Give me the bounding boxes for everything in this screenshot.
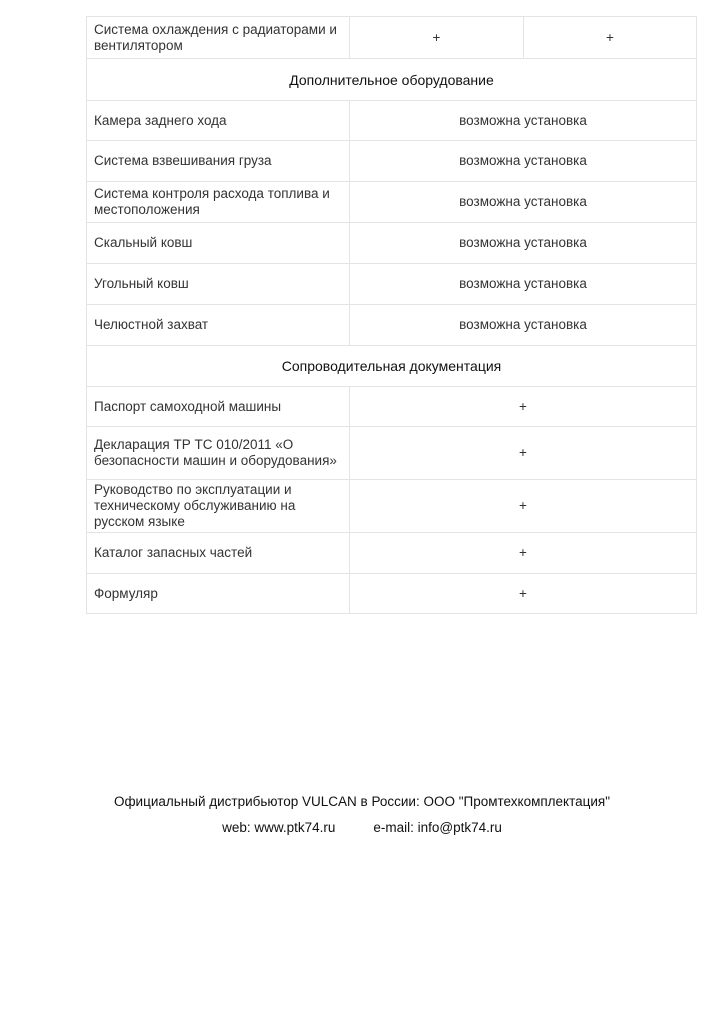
row-value: + <box>524 17 697 59</box>
row-value: возможна установка <box>350 182 697 223</box>
table-row: Система взвешивания груза возможна устан… <box>87 141 697 182</box>
row-value: + <box>350 574 697 614</box>
section-header-row: Дополнительное оборудование <box>87 59 697 101</box>
row-label: Система контроля расхода топлива и место… <box>87 182 350 223</box>
section-title-additional-equipment: Дополнительное оборудование <box>87 59 697 101</box>
row-value: возможна установка <box>350 264 697 305</box>
row-label: Формуляр <box>87 574 350 614</box>
row-value: + <box>350 387 697 427</box>
table-row: Система контроля расхода топлива и место… <box>87 182 697 223</box>
row-value: + <box>350 480 697 533</box>
row-label: Руководство по эксплуатации и техническо… <box>87 480 350 533</box>
table-row: Формуляр + <box>87 574 697 614</box>
table-row: Паспорт самоходной машины + <box>87 387 697 427</box>
specification-table: Система охлаждения с радиаторами и венти… <box>86 16 697 614</box>
row-value: возможна установка <box>350 101 697 141</box>
table-row: Камера заднего хода возможна установка <box>87 101 697 141</box>
row-label: Система охлаждения с радиаторами и венти… <box>87 17 350 59</box>
row-value: возможна установка <box>350 305 697 346</box>
row-value: возможна установка <box>350 223 697 264</box>
row-label: Каталог запасных частей <box>87 533 350 574</box>
table-row: Челюстной захват возможна установка <box>87 305 697 346</box>
row-label: Угольный ковш <box>87 264 350 305</box>
distributor-line: Официальный дистрибьютор VULCAN в России… <box>0 794 724 809</box>
email-link[interactable]: e-mail: info@ptk74.ru <box>373 820 502 835</box>
table-row: Система охлаждения с радиаторами и венти… <box>87 17 697 59</box>
table-row: Декларация ТР ТС 010/2011 «О безопасност… <box>87 427 697 480</box>
row-label: Челюстной захват <box>87 305 350 346</box>
section-title-documentation: Сопроводительная документация <box>87 346 697 387</box>
row-label: Скальный ковш <box>87 223 350 264</box>
row-label: Система взвешивания груза <box>87 141 350 182</box>
row-label: Декларация ТР ТС 010/2011 «О безопасност… <box>87 427 350 480</box>
table-row: Угольный ковш возможна установка <box>87 264 697 305</box>
row-value: + <box>350 17 524 59</box>
contacts-line: web: www.ptk74.rue-mail: info@ptk74.ru <box>0 820 724 835</box>
web-link[interactable]: web: www.ptk74.ru <box>222 820 335 835</box>
row-label: Камера заднего хода <box>87 101 350 141</box>
table-row: Руководство по эксплуатации и техническо… <box>87 480 697 533</box>
section-header-row: Сопроводительная документация <box>87 346 697 387</box>
row-value: + <box>350 427 697 480</box>
row-value: возможна установка <box>350 141 697 182</box>
row-value: + <box>350 533 697 574</box>
table-row: Каталог запасных частей + <box>87 533 697 574</box>
table-row: Скальный ковш возможна установка <box>87 223 697 264</box>
row-label: Паспорт самоходной машины <box>87 387 350 427</box>
